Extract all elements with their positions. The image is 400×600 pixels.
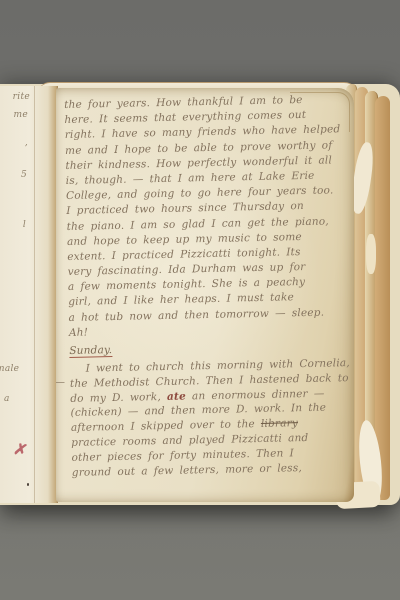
left-page-fragment: rite (13, 92, 30, 102)
journal-line-text: do my D. work, (70, 391, 167, 405)
left-page-fragment: a (4, 394, 10, 404)
photo-scene: rite me , 5 l male a ✗ the four years. H… (0, 0, 400, 600)
journal-handwriting: the four years. How thankful I am to be … (64, 92, 354, 480)
left-page-fragment: male (0, 364, 19, 374)
journal-line-text: an enormous dinner — (186, 387, 325, 402)
diary-book: rite me , 5 l male a ✗ the four years. H… (0, 84, 400, 505)
struck-through-word: library (261, 417, 298, 430)
journal-page: the four years. How thankful I am to be … (56, 88, 354, 502)
emphasized-word: ate (167, 390, 186, 402)
previous-page-edge: rite me , 5 l male a (0, 86, 58, 503)
ink-fleck (27, 483, 29, 486)
page-crease (34, 86, 35, 503)
entry-heading-text: Sunday. (69, 344, 112, 358)
margin-dash-mark: — (56, 376, 65, 391)
left-page-fragment: , (25, 138, 28, 148)
torn-paper-patch (366, 234, 376, 274)
left-page-fragment: me (14, 110, 28, 120)
left-page-fragment: 5 (21, 170, 27, 180)
page-stack-fore-edge (346, 84, 400, 505)
left-page-fragment: l (23, 220, 26, 230)
